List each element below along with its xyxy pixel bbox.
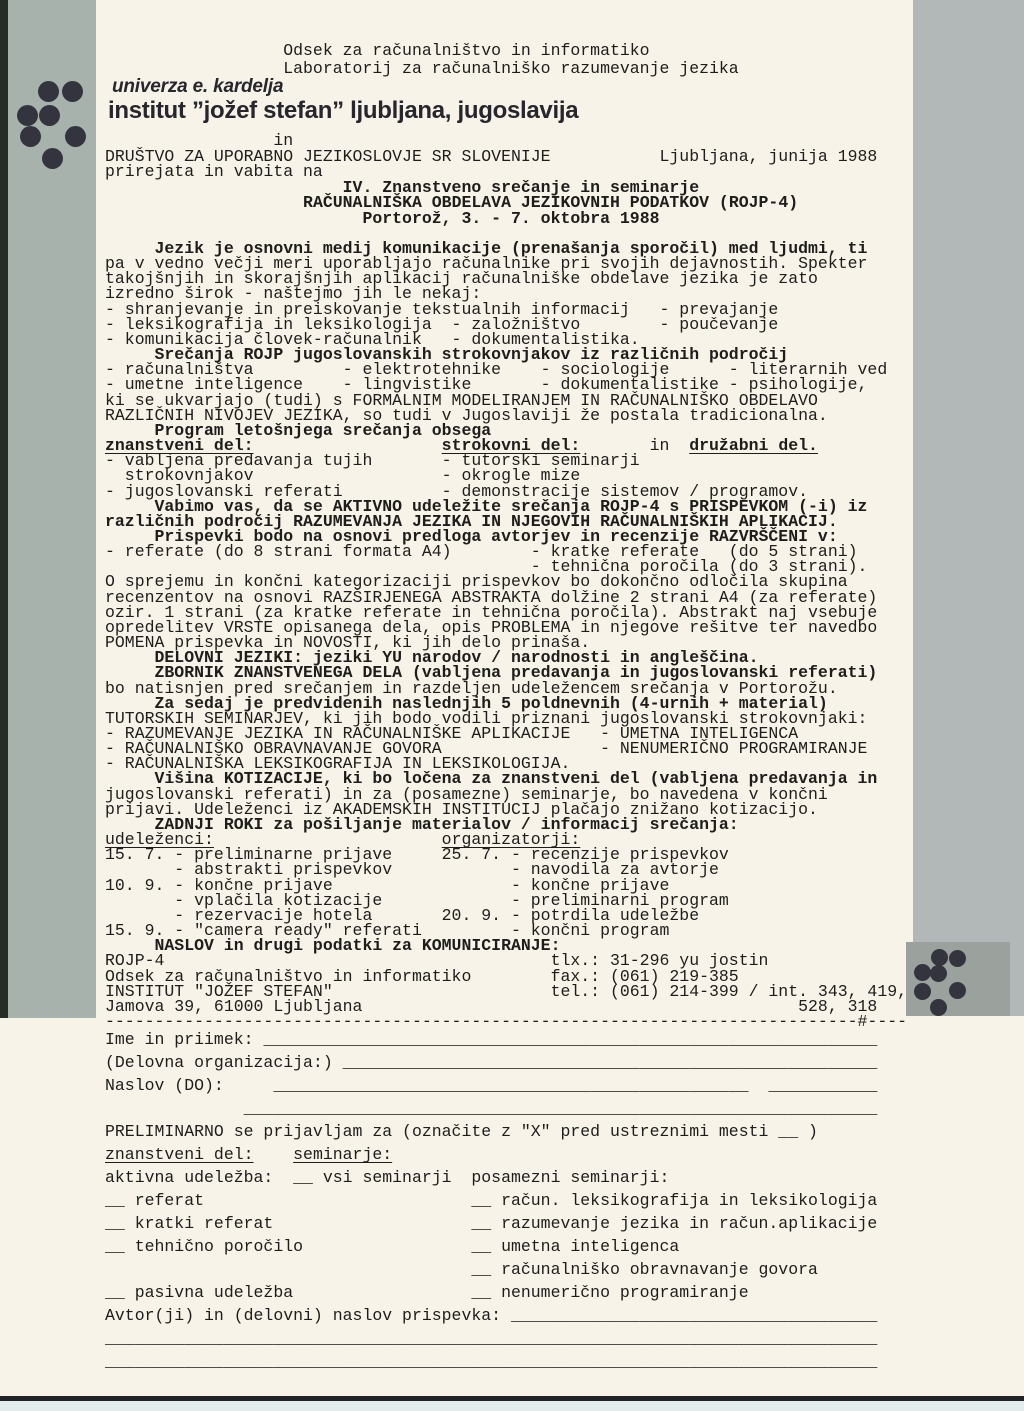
text-line: aktivna udeležba: __ vsi seminarji posam…: [105, 1166, 877, 1189]
text-line: Avtor(ji) in (delovni) naslov prispevka:…: [105, 1304, 877, 1327]
text-line: Laboratorij za računalniško razumevanje …: [105, 60, 739, 78]
text-line: Ime in priimek: ________________________…: [105, 1028, 877, 1051]
text-line: Portorož, 3. - 7. oktobra 1988: [105, 211, 877, 227]
text-line: PRELIMINARNO se prijavljam za (označite …: [105, 1120, 877, 1143]
header-department-block: Odsek za računalništvo in informatiko La…: [105, 42, 739, 78]
text-line: __ kratki referat __ razumevanje jezika …: [105, 1212, 877, 1235]
header-event-title-block: inDRUŠTVO ZA UPORABNO JEZIKOSLOVJE SR SL…: [105, 133, 877, 227]
text-line: __ tehnično poročilo __ umetna inteligen…: [105, 1235, 877, 1258]
text-line: ________________________________________…: [105, 1350, 877, 1373]
right-margin-band: [913, 0, 1024, 1016]
logo-dot-icon: [931, 949, 948, 966]
logo-dot-icon: [20, 126, 41, 147]
logo-dot-icon: [914, 983, 931, 1000]
logo-dot-icon: [62, 81, 83, 102]
text-line: Naslov (DO): ___________________________…: [105, 1074, 877, 1097]
logo-dot-icon: [930, 999, 947, 1016]
text-line: ----------------------------------------…: [105, 1014, 907, 1029]
logo-dot-icon: [17, 105, 38, 126]
logo-dot-icon: [949, 950, 966, 967]
logo-dot-icon: [930, 965, 947, 982]
text-line: ________________________________________…: [105, 1327, 877, 1350]
text-line: (Delovna organizacija:) ________________…: [105, 1051, 877, 1074]
institute-name: institut ”jožef stefan” ljubljana, jugos…: [108, 97, 578, 125]
text-line: ________________________________________…: [105, 1097, 877, 1120]
text-line: __ računalniško obravnavanje govora: [105, 1258, 877, 1281]
logo-dot-icon: [949, 982, 966, 999]
scanned-document-page: univerza e. kardelja institut ”jožef ste…: [0, 0, 1024, 1411]
logo-dot-icon: [914, 964, 931, 981]
text-line: znanstveni del: seminarje:: [105, 1143, 877, 1166]
logo-dot-icon: [42, 148, 63, 169]
logo-dot-icon: [39, 105, 60, 126]
registration-form: Ime in priimek: ________________________…: [105, 1028, 877, 1373]
text-line: Odsek za računalništvo in informatiko: [105, 42, 739, 60]
text-line: __ referat __ račun. leksikografija in l…: [105, 1189, 877, 1212]
scanner-background-strip: [0, 1401, 1024, 1411]
text-line: __ pasivna udeležba __ nenumerično progr…: [105, 1281, 877, 1304]
logo-dot-icon: [65, 126, 86, 147]
announcement-body-text: Jezik je osnovni medij komunikacije (pre…: [105, 241, 907, 1029]
logo-dot-icon: [38, 81, 59, 102]
university-name: univerza e. kardelja: [112, 76, 283, 98]
